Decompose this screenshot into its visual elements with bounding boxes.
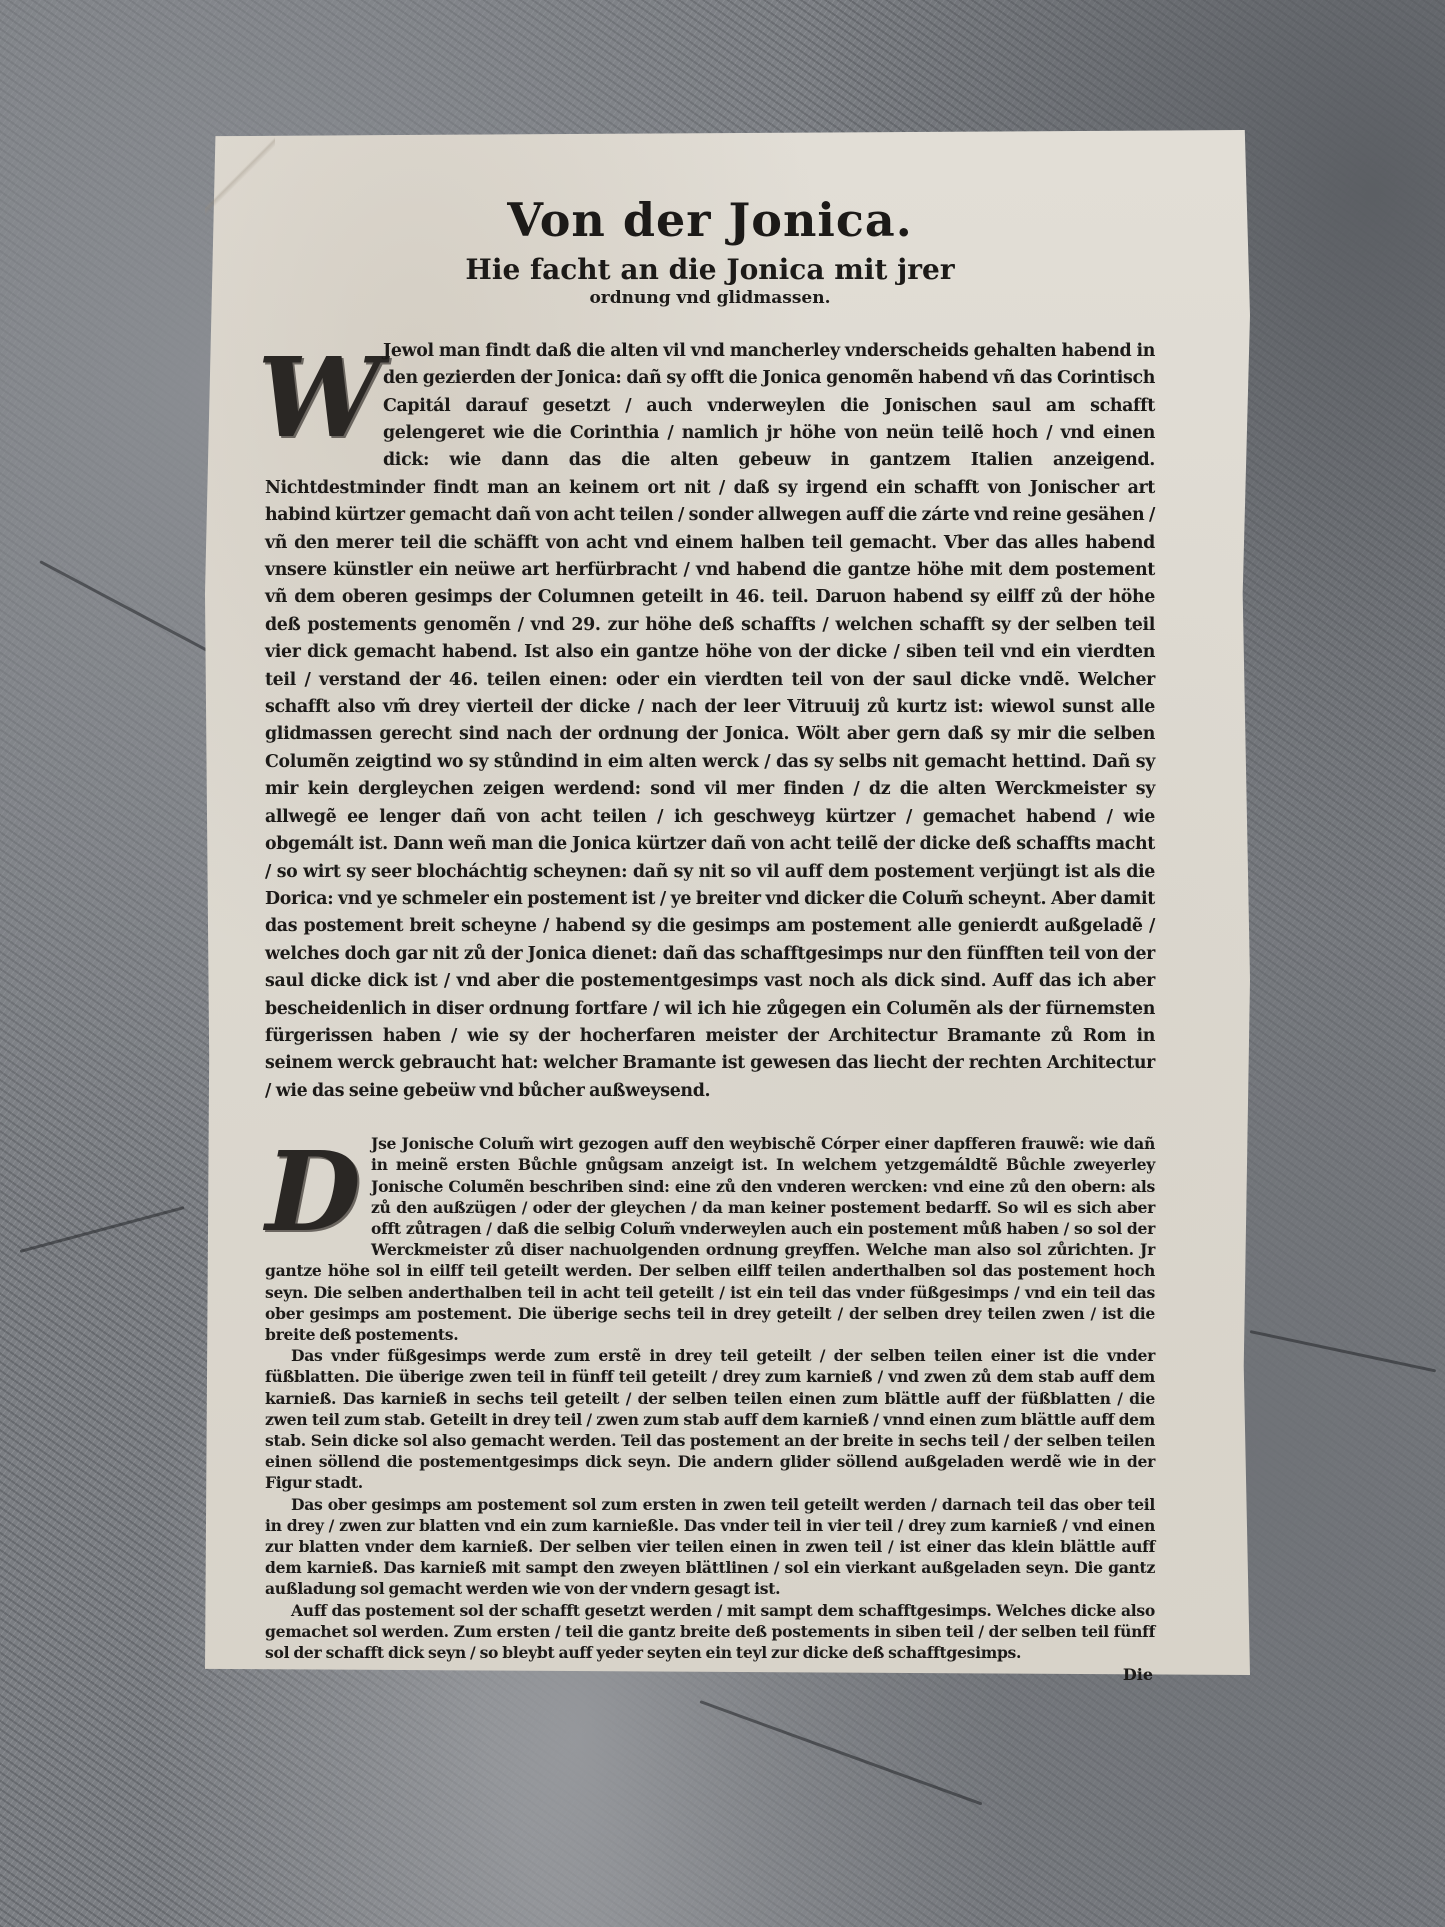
paragraph-3: Das vnder füßgesimps werde zum erstẽ in … (265, 1345, 1155, 1493)
ornamental-dropcap-d: D (265, 1137, 361, 1247)
page-content: Von der Jonica. Hie facht an die Jonica … (265, 195, 1155, 1684)
stone-vein (1250, 1330, 1436, 1372)
page-subtitle: Hie facht an die Jonica mit jrer (265, 254, 1155, 286)
paragraph-4: Das ober gesimps am postement sol zum er… (265, 1494, 1155, 1600)
catchword: Die (265, 1665, 1155, 1684)
section-1: W Jewol man findt daß die alten vil vnd … (265, 338, 1155, 1105)
ornamental-dropcap-w: W (265, 344, 373, 452)
stone-vein (699, 1700, 982, 1805)
page-title: Von der Jonica. (265, 195, 1155, 246)
page-subtitle-line2: ordnung vnd glidmassen. (265, 288, 1155, 308)
stone-vein (20, 1206, 185, 1253)
paragraph-5: Auff das postement sol der schafft geset… (265, 1600, 1155, 1664)
section-2-text: Jse Jonische Colum̃ wirt gezogen auff de… (265, 1134, 1155, 1344)
section-1-text: Jewol man findt daß die alten vil vnd ma… (265, 341, 1155, 1101)
section-2: D Jse Jonische Colum̃ wirt gezogen auff … (265, 1133, 1155, 1345)
